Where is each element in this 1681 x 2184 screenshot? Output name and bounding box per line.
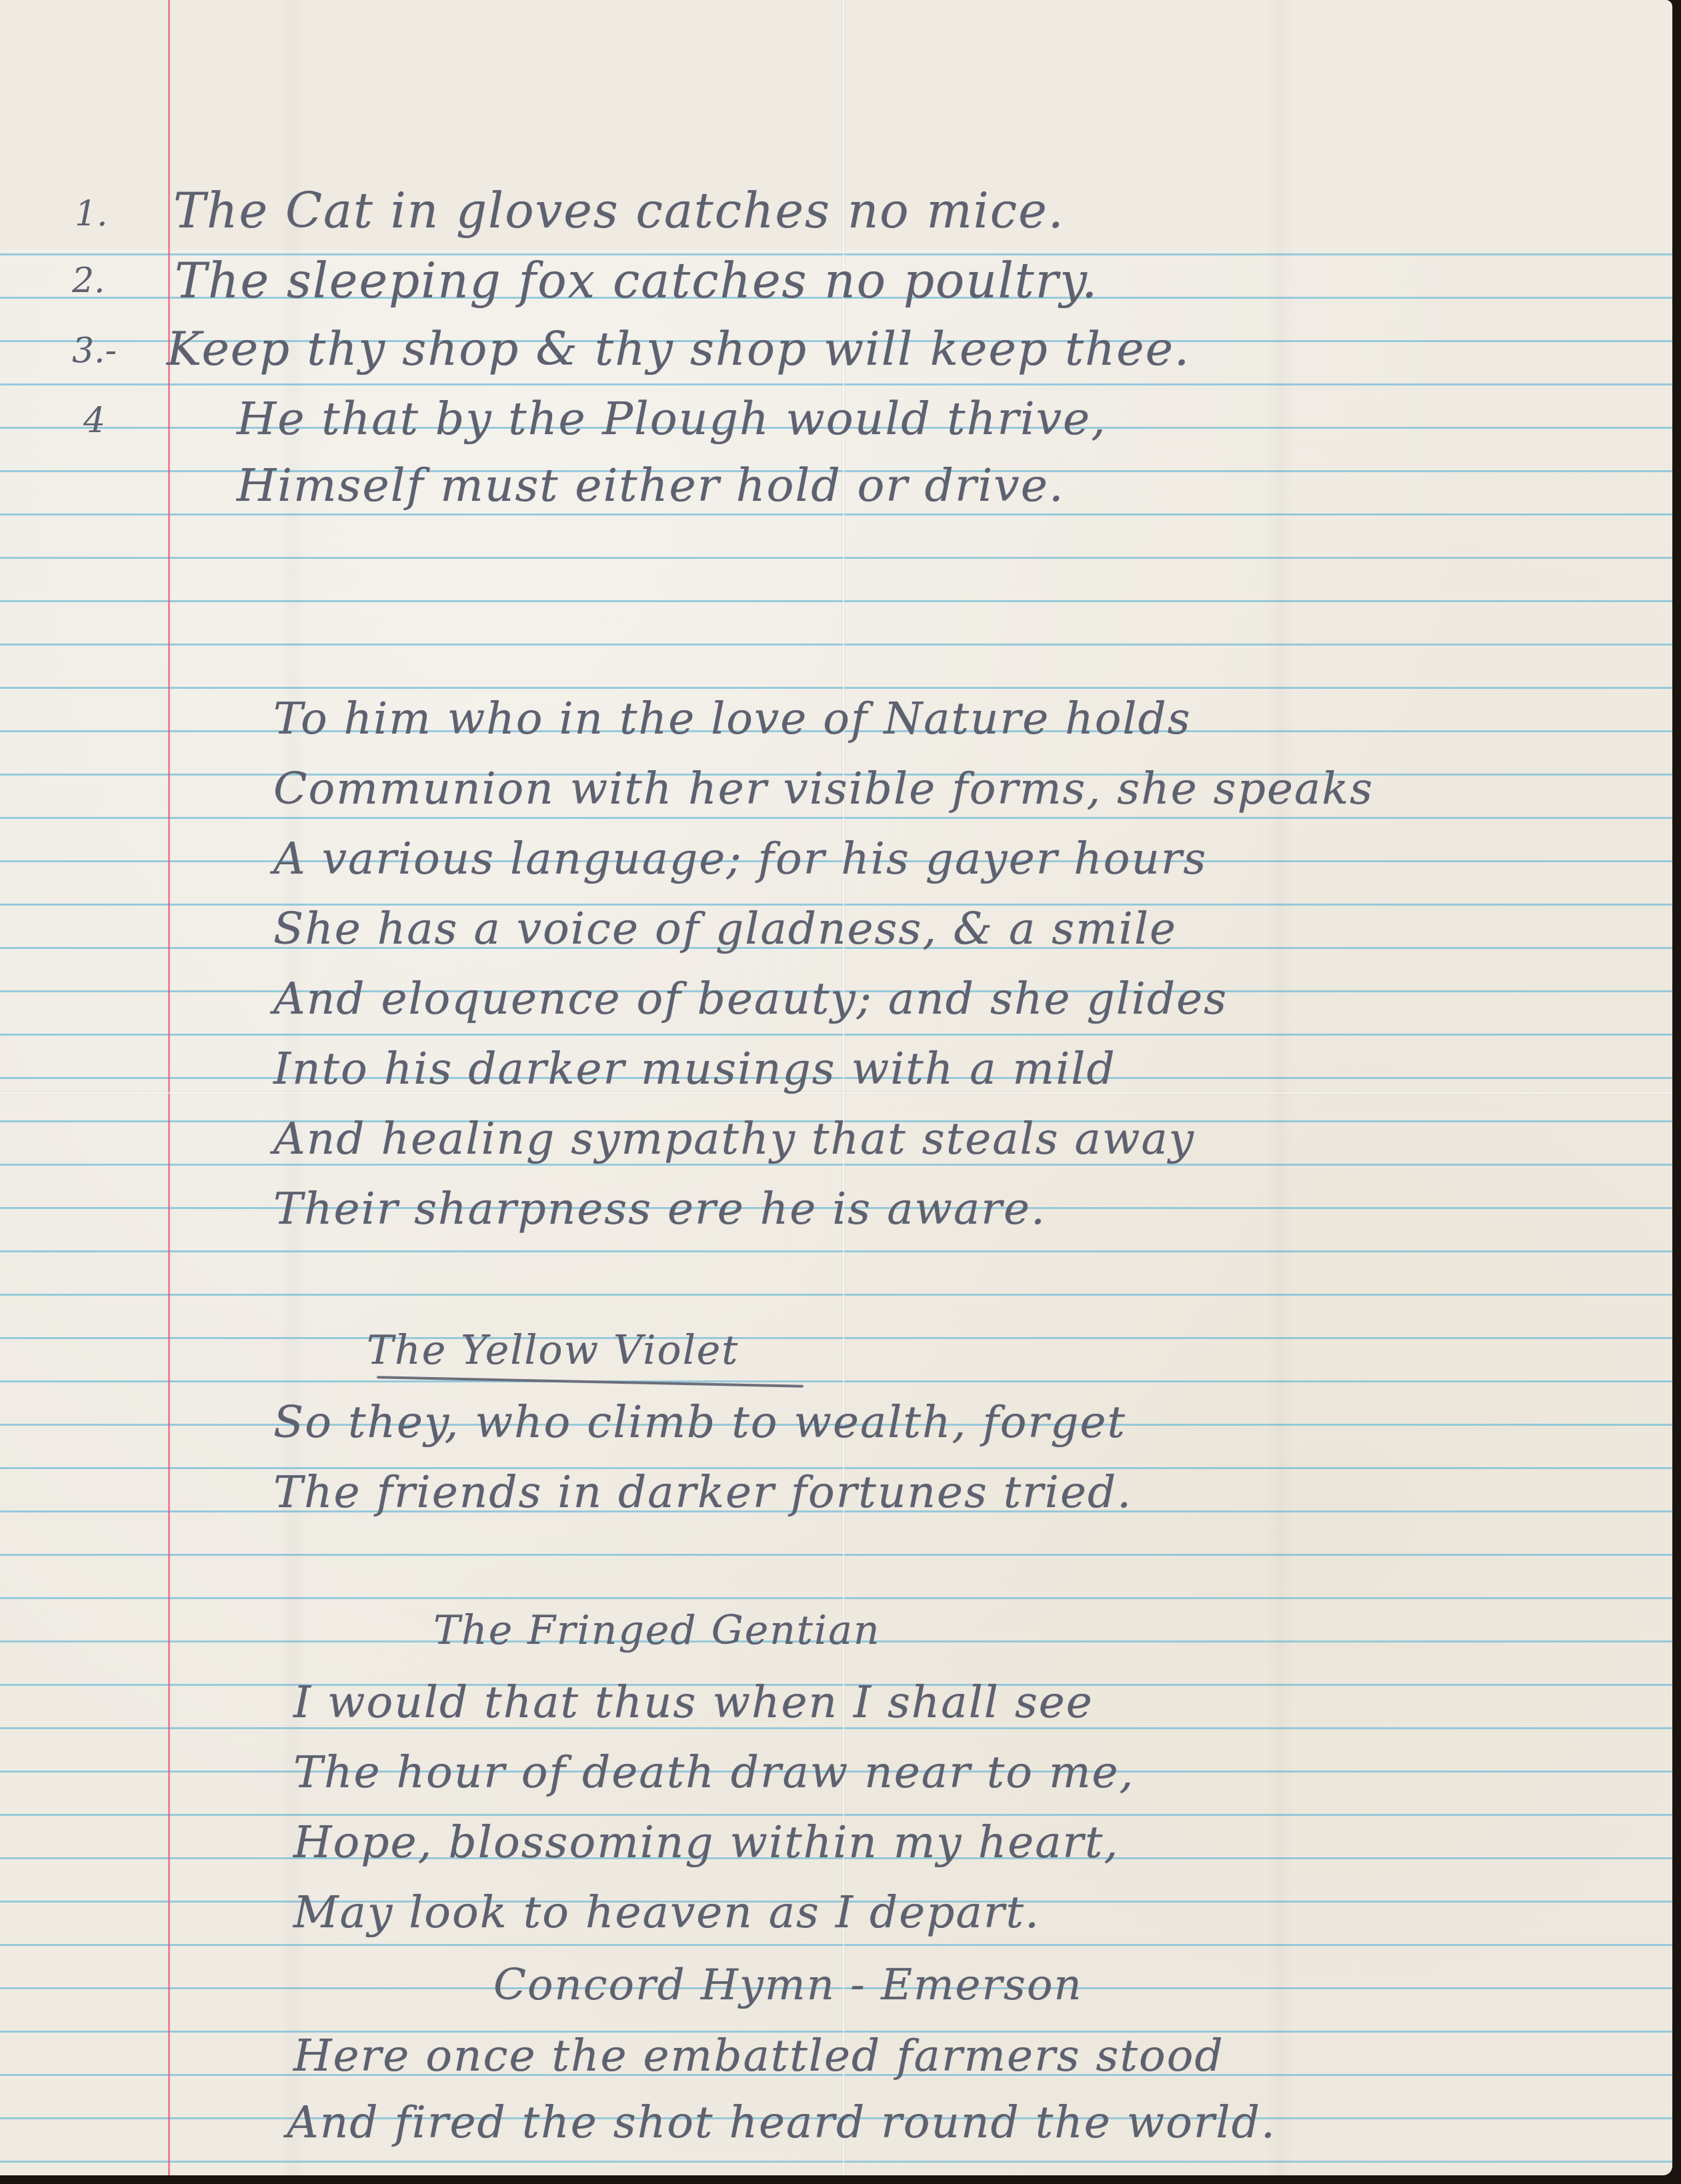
proverb-line: Keep thy shop & thy shop will keep thee. xyxy=(167,325,1190,372)
proverb-line: He that by the Plough would thrive, xyxy=(237,397,1107,442)
poem-line: Communion with her visible forms, she sp… xyxy=(273,767,1374,811)
poem-title: Concord Hymn - Emerson xyxy=(493,1964,1083,2007)
poem-title: The Fringed Gentian xyxy=(433,1610,881,1651)
proverb-number: 3.- xyxy=(72,333,117,368)
poem-line: The hour of death draw near to me, xyxy=(293,1751,1135,1795)
proverb-line: The sleeping fox catches no poultry. xyxy=(175,257,1098,305)
poem-line: May look to heaven as I depart. xyxy=(293,1891,1040,1935)
paper-crease xyxy=(1267,0,1294,2175)
proverb-number: 1. xyxy=(75,197,108,231)
poem-line: To him who in the love of Nature holds xyxy=(273,697,1192,741)
proverb-line: Himself must either hold or drive. xyxy=(237,463,1065,509)
poem-line: Their sharpness ere he is aware. xyxy=(273,1187,1046,1231)
poem-line: I would that thus when I shall see xyxy=(293,1681,1094,1725)
poem-line: A various language; for his gayer hours xyxy=(273,837,1207,881)
poem-line: The friends in darker fortunes tried. xyxy=(273,1470,1132,1514)
proverb-number: 2. xyxy=(72,263,105,298)
title-underline xyxy=(377,1376,803,1387)
poem-line: So they, who climb to wealth, forget xyxy=(273,1400,1126,1444)
poem-title: The Yellow Violet xyxy=(367,1330,739,1370)
poem-line: And eloquence of beauty; and she glides xyxy=(273,977,1228,1021)
notebook-page: 1. The Cat in gloves catches no mice. 2.… xyxy=(0,0,1672,2175)
poem-line: Into his darker musings with a mild xyxy=(273,1047,1116,1091)
poem-line: Here once the embattled farmers stood xyxy=(293,2034,1224,2078)
proverb-number: 4 xyxy=(83,403,105,438)
poem-line: And fired the shot heard round the world… xyxy=(287,2101,1276,2145)
poem-line: She has a voice of gladness, & a smile xyxy=(273,907,1177,951)
poem-line: And healing sympathy that steals away xyxy=(273,1117,1195,1161)
poem-line: Hope, blossoming within my heart, xyxy=(293,1821,1120,1865)
proverb-line: The Cat in gloves catches no mice. xyxy=(173,187,1065,235)
